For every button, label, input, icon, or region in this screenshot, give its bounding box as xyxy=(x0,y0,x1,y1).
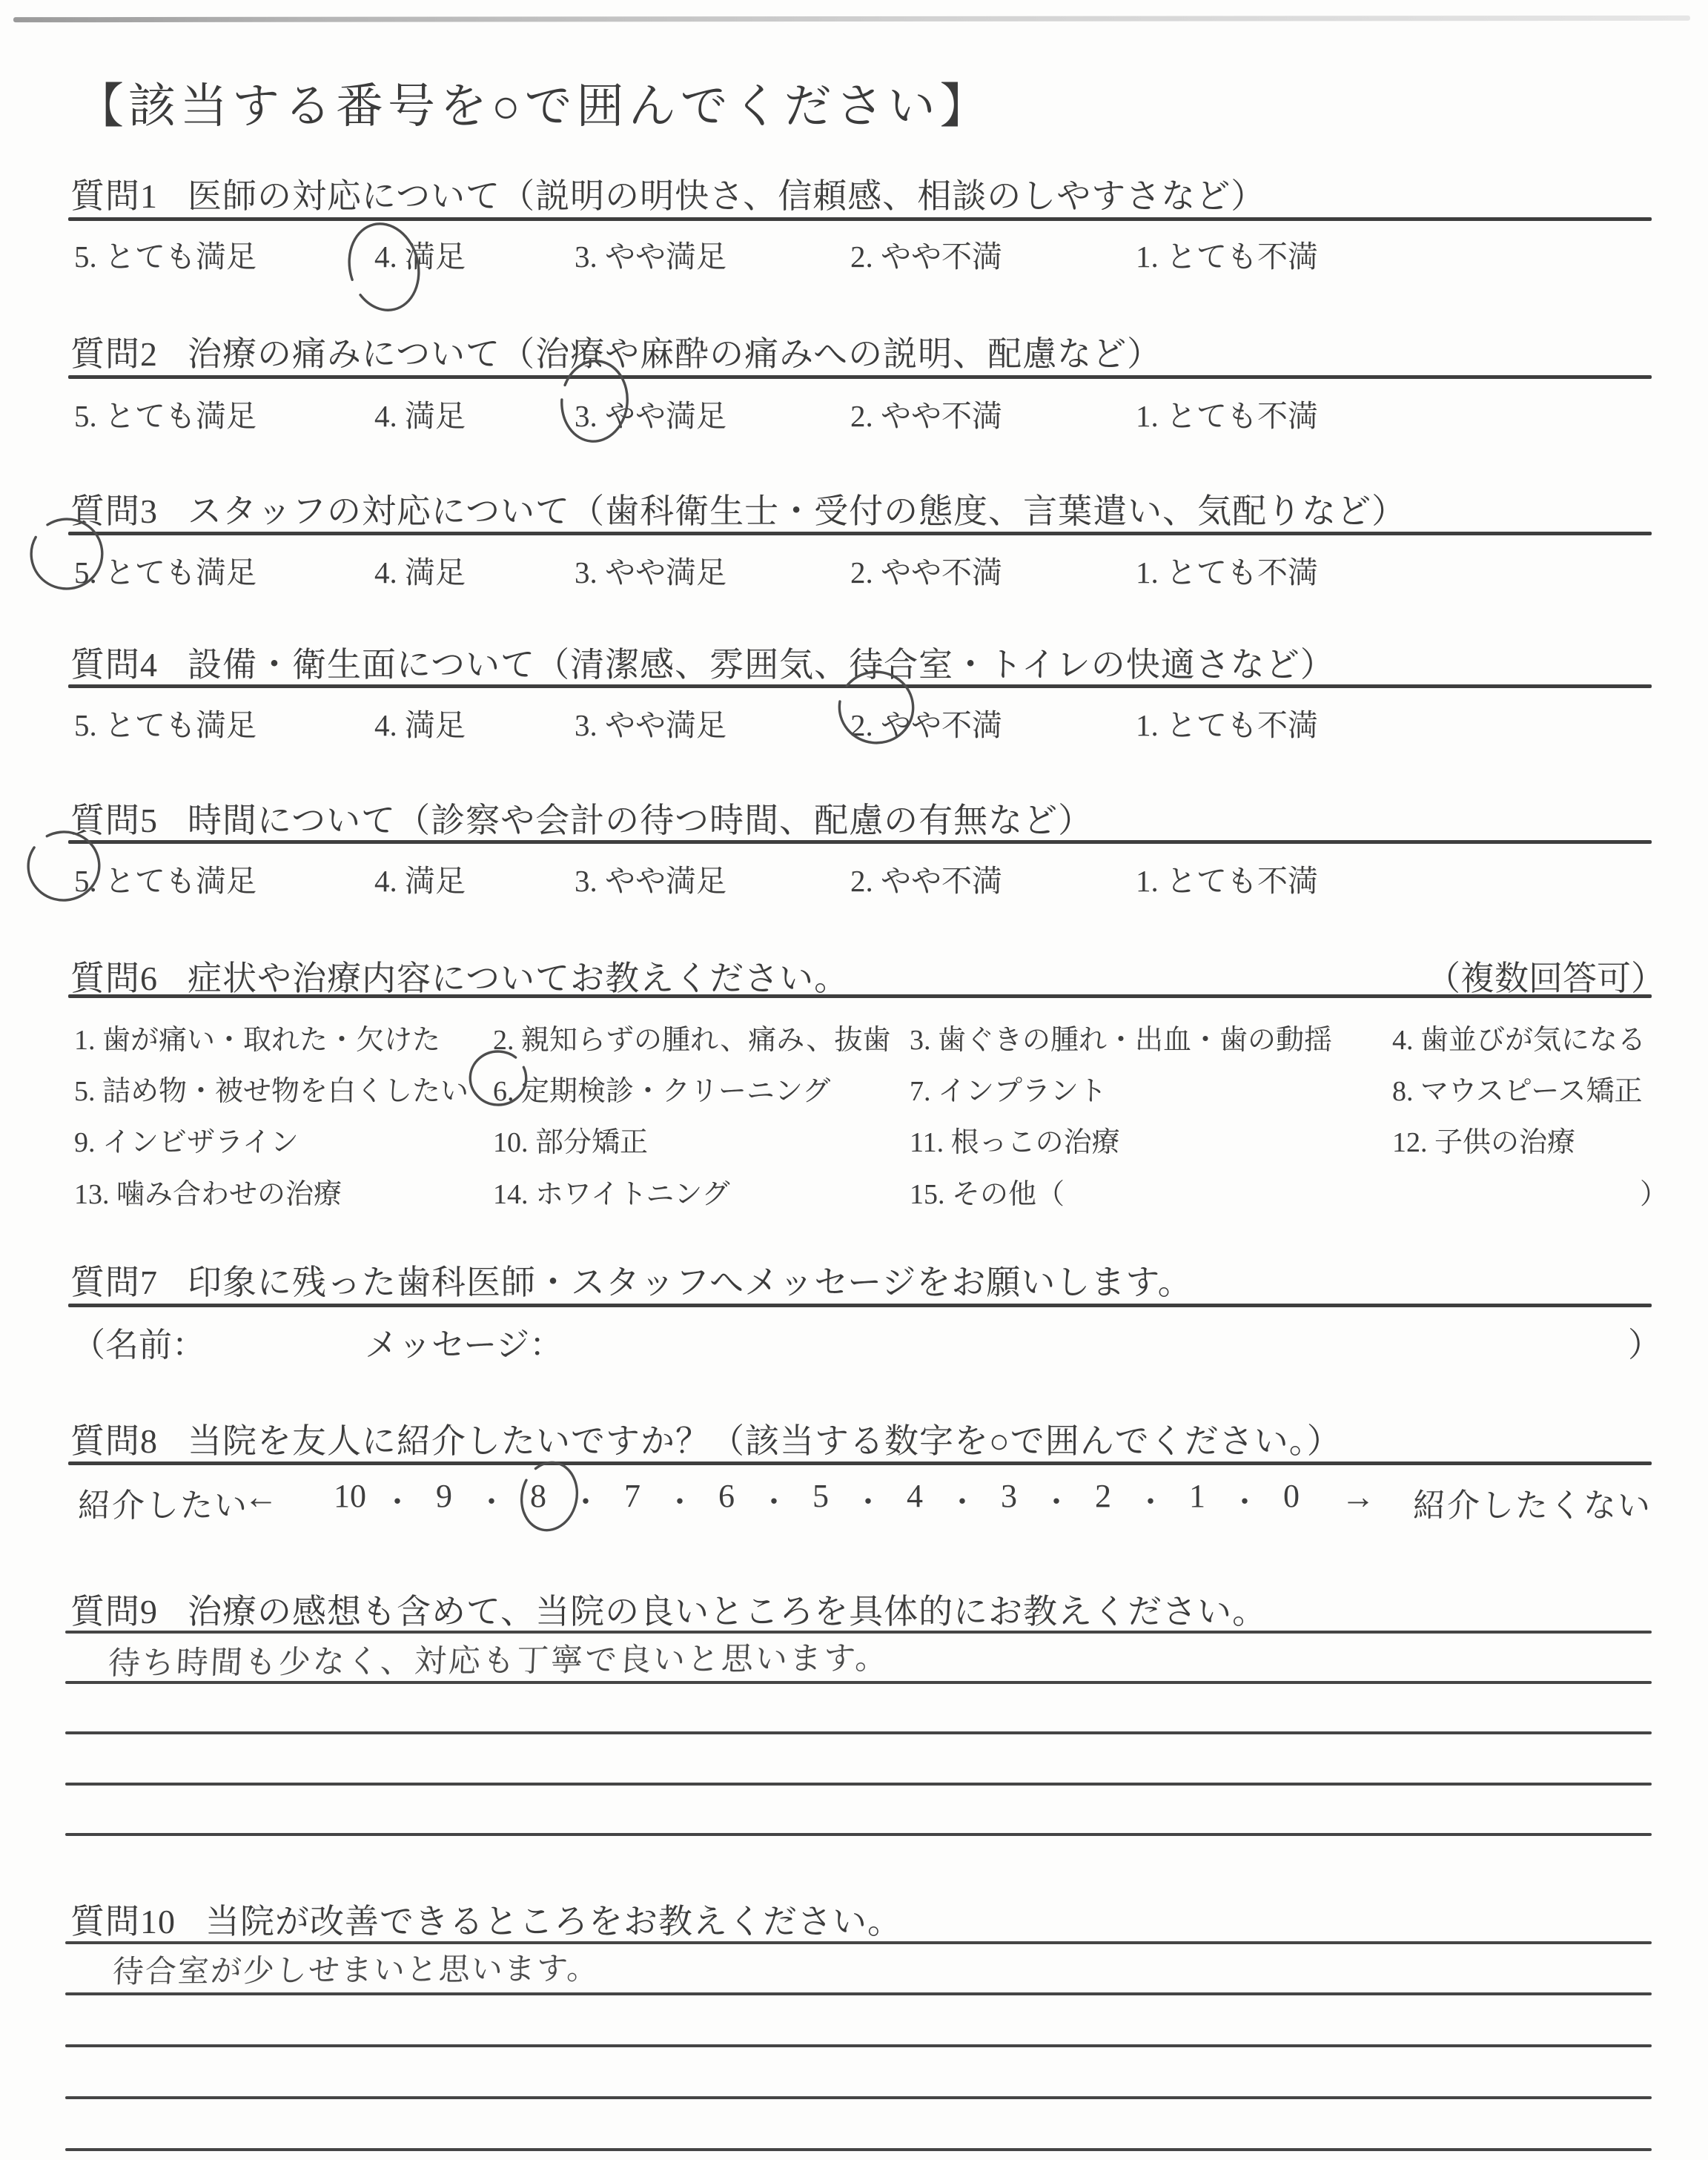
q6-item-13: 13. 噛み合わせの治療 xyxy=(74,1171,342,1212)
question-10-heading: 質問10当院が改善できるところをお教えください。 xyxy=(70,1895,902,1943)
question-5-rule xyxy=(68,840,1652,844)
q8-number-10: 10 xyxy=(334,1477,366,1515)
question-8-text: 当院を友人に紹介したいですか？（該当する数字を○で囲んでください。） xyxy=(188,1422,1342,1460)
question-9-text: 治療の感想も含めて、当院の良いところを具体的にお教えください。 xyxy=(188,1593,1267,1631)
question-2-number: 質問2 xyxy=(70,335,158,373)
q6-item-10: 10. 部分矯正 xyxy=(493,1119,648,1160)
question-5-heading: 質問5時間について（診察や会計の待つ時間、配慮の有無など） xyxy=(70,793,1093,842)
question-7-text: 印象に残った歯科医師・スタッフへメッセージをお願いします。 xyxy=(188,1264,1193,1301)
q10-answer-line-1 xyxy=(65,1941,1652,1944)
question-3-options: 5. とても満足 4. 満足 3. やや満足 2. やや不満 1. とても不満 xyxy=(0,548,1708,587)
question-1-number: 質問1 xyxy=(70,177,158,215)
q6-item-5: 5. 詰め物・被せ物を白くしたい xyxy=(74,1068,469,1109)
q6-item-15: 15. その他（ xyxy=(910,1171,1065,1212)
question-2-rule xyxy=(68,375,1652,379)
question-4-heading: 質問4設備・衛生面について（清潔感、雰囲気、待合室・トイレの快適さなど） xyxy=(70,638,1335,687)
q3-option-3: 3. やや満足 xyxy=(575,548,726,592)
question-4-text: 設備・衛生面について（清潔感、雰囲気、待合室・トイレの快適さなど） xyxy=(188,646,1335,684)
question-10-number: 質問10 xyxy=(70,1903,176,1941)
q3-option-2: 2. やや不満 xyxy=(850,548,1002,592)
q2-option-1: 1. とても不満 xyxy=(1136,392,1318,435)
q8-right-arrow-icon: → xyxy=(1341,1477,1375,1516)
q8-selection-circle xyxy=(512,1454,587,1539)
q4-option-1: 1. とても不満 xyxy=(1136,701,1318,744)
q2-option-2: 2. やや不満 xyxy=(850,392,1002,435)
q9-answer-line-2 xyxy=(65,1681,1652,1684)
q8-number-0: 0 xyxy=(1283,1477,1300,1515)
q5-option-4: 4. 満足 xyxy=(374,856,466,900)
q8-number-4: 4 xyxy=(907,1477,923,1515)
q10-answer-line-4 xyxy=(65,2096,1652,2099)
question-6-rule xyxy=(68,994,1652,998)
q6-item-3: 3. 歯ぐきの腫れ・出血・歯の動揺 xyxy=(910,1017,1332,1057)
q6-item-11: 11. 根っこの治療 xyxy=(910,1119,1120,1160)
q8-number-7: 7 xyxy=(624,1477,640,1515)
q2-option-4: 4. 満足 xyxy=(374,392,466,435)
q5-selection-circle xyxy=(21,825,106,907)
question-1-options: 5. とても満足 4. 満足 3. やや満足 2. やや不満 1. とても不満 xyxy=(0,232,1708,271)
q2-option-5: 5. とても満足 xyxy=(74,392,256,435)
dental-survey-scan: 【該当する番号を○で囲んでください】 質問1医師の対応について（説明の明快さ、信… xyxy=(0,0,1708,2160)
q8-left-arrow-icon: ← xyxy=(244,1477,278,1516)
q8-dot: ・ xyxy=(477,1479,506,1521)
q8-dot: ・ xyxy=(1042,1479,1071,1521)
q6-item-9: 9. インビザライン xyxy=(74,1119,299,1160)
q2-selection-circle xyxy=(555,354,634,448)
q1-option-3: 3. やや満足 xyxy=(575,232,726,276)
q4-option-5: 5. とても満足 xyxy=(74,701,256,744)
question-3-text: スタッフの対応について（歯科衛生士・受付の態度、言葉遣い、気配りなど） xyxy=(188,492,1406,530)
q6-item-15-close-paren: ） xyxy=(1640,1171,1668,1212)
q8-dot: ・ xyxy=(383,1479,412,1521)
q8-label-want-to-refer: 紹介したい xyxy=(78,1479,248,1526)
q1-option-5: 5. とても満足 xyxy=(74,232,256,276)
question-5-options: 5. とても満足 4. 満足 3. やや満足 2. やや不満 1. とても不満 xyxy=(0,856,1708,895)
q6-selection-circle xyxy=(466,1047,530,1109)
question-7-heading: 質問7印象に残った歯科医師・スタッフへメッセージをお願いします。 xyxy=(70,1255,1193,1304)
question-5-text: 時間について（診察や会計の待つ時間、配慮の有無など） xyxy=(188,802,1093,839)
question-1-rule xyxy=(68,217,1652,221)
q6-item-14: 14. ホワイトニング xyxy=(493,1171,730,1212)
q3-selection-circle xyxy=(23,511,110,596)
scan-artifact-line xyxy=(13,16,1690,22)
q6-item-1: 1. 歯が痛い・取れた・欠けた xyxy=(74,1017,440,1057)
question-7-number: 質問7 xyxy=(70,1264,158,1301)
question-8-heading: 質問8当院を友人に紹介したいですか？（該当する数字を○で囲んでください。） xyxy=(70,1414,1342,1463)
q9-answer-line-3 xyxy=(65,1731,1652,1734)
question-4-number: 質問4 xyxy=(70,646,158,684)
q8-dot: ・ xyxy=(1230,1479,1260,1521)
question-2-text: 治療の痛みについて（治療や麻酔の痛みへの説明、配慮など） xyxy=(188,335,1162,373)
question-8-rule xyxy=(68,1462,1652,1465)
q6-item-6: 6. 定期検診・クリーニング xyxy=(493,1068,830,1109)
q4-option-3: 3. やや満足 xyxy=(575,701,726,744)
question-10-text: 当院が改善できるところをお教えください。 xyxy=(205,1903,902,1941)
q8-number-2: 2 xyxy=(1095,1477,1111,1515)
question-7-rule xyxy=(68,1304,1652,1307)
q8-dot: ・ xyxy=(853,1479,883,1521)
q4-selection-circle xyxy=(833,665,920,750)
q9-answer-line-4 xyxy=(65,1783,1652,1786)
q1-option-1: 1. とても不満 xyxy=(1136,232,1318,276)
q6-item-8: 8. マウスピース矯正 xyxy=(1392,1068,1642,1109)
q6-item-2: 2. 親知らずの腫れ、痛み、抜歯 xyxy=(493,1017,891,1057)
q6-item-12: 12. 子供の治療 xyxy=(1392,1119,1575,1160)
q10-answer-line-3 xyxy=(65,2044,1652,2047)
q8-number-6: 6 xyxy=(718,1477,735,1515)
q8-number-5: 5 xyxy=(812,1477,829,1515)
page-title: 【該当する番号を○で囲んでください】 xyxy=(76,68,992,136)
q9-handwritten-answer: 待ち時間も少なく、対応も丁寧で良いと思います。 xyxy=(107,1633,890,1683)
q7-close-paren: ） xyxy=(1628,1318,1661,1366)
question-6-heading: 質問6症状や治療内容についてお教えください。 xyxy=(70,951,849,1000)
q6-item-4: 4. 歯並びが気になる xyxy=(1392,1017,1646,1057)
q8-number-9: 9 xyxy=(436,1477,452,1515)
q7-name-label: （名前： xyxy=(72,1318,205,1366)
q8-dot: ・ xyxy=(947,1479,977,1521)
q5-option-2: 2. やや不満 xyxy=(850,856,1002,900)
question-9-number: 質問9 xyxy=(70,1593,158,1631)
q10-handwritten-answer: 待合室が少しせまいと思います。 xyxy=(112,1944,600,1992)
question-6-number: 質問6 xyxy=(70,960,158,997)
q1-selection-circle xyxy=(337,212,431,322)
question-1-heading: 質問1医師の対応について（説明の明快さ、信頼感、相談のしやすさなど） xyxy=(70,169,1265,218)
question-6-note: （複数回答可） xyxy=(1426,951,1665,1000)
q5-option-1: 1. とても不満 xyxy=(1136,856,1318,900)
q8-number-1: 1 xyxy=(1189,1477,1205,1515)
question-3-heading: 質問3スタッフの対応について（歯科衛生士・受付の態度、言葉遣い、気配りなど） xyxy=(70,484,1406,533)
question-8-number: 質問8 xyxy=(70,1422,158,1460)
question-3-rule xyxy=(68,532,1652,535)
q8-label-do-not-refer: 紹介したくない xyxy=(1413,1479,1652,1526)
question-9-heading: 質問9治療の感想も含めて、当院の良いところを具体的にお教えください。 xyxy=(70,1585,1267,1634)
question-6-text: 症状や治療内容についてお教えください。 xyxy=(188,960,849,997)
q3-option-1: 1. とても不満 xyxy=(1136,548,1318,592)
q6-item-7: 7. インプラント xyxy=(910,1068,1107,1109)
q4-option-4: 4. 満足 xyxy=(374,701,466,744)
q10-answer-line-5 xyxy=(65,2148,1652,2151)
q9-answer-line-5 xyxy=(65,1833,1652,1836)
q7-message-label: メッセージ： xyxy=(365,1318,563,1366)
q10-answer-line-2 xyxy=(65,1992,1652,1995)
q8-dot: ・ xyxy=(1136,1479,1165,1521)
q5-option-3: 3. やや満足 xyxy=(575,856,726,900)
q1-option-2: 2. やや不満 xyxy=(850,232,1002,276)
q8-dot: ・ xyxy=(759,1479,789,1521)
q8-number-3: 3 xyxy=(1001,1477,1017,1515)
question-1-text: 医師の対応について（説明の明快さ、信頼感、相談のしやすさなど） xyxy=(188,177,1265,215)
question-2-options: 5. とても満足 4. 満足 3. やや満足 2. やや不満 1. とても不満 xyxy=(0,392,1708,430)
q3-option-4: 4. 満足 xyxy=(374,548,466,592)
q8-dot: ・ xyxy=(665,1479,695,1521)
